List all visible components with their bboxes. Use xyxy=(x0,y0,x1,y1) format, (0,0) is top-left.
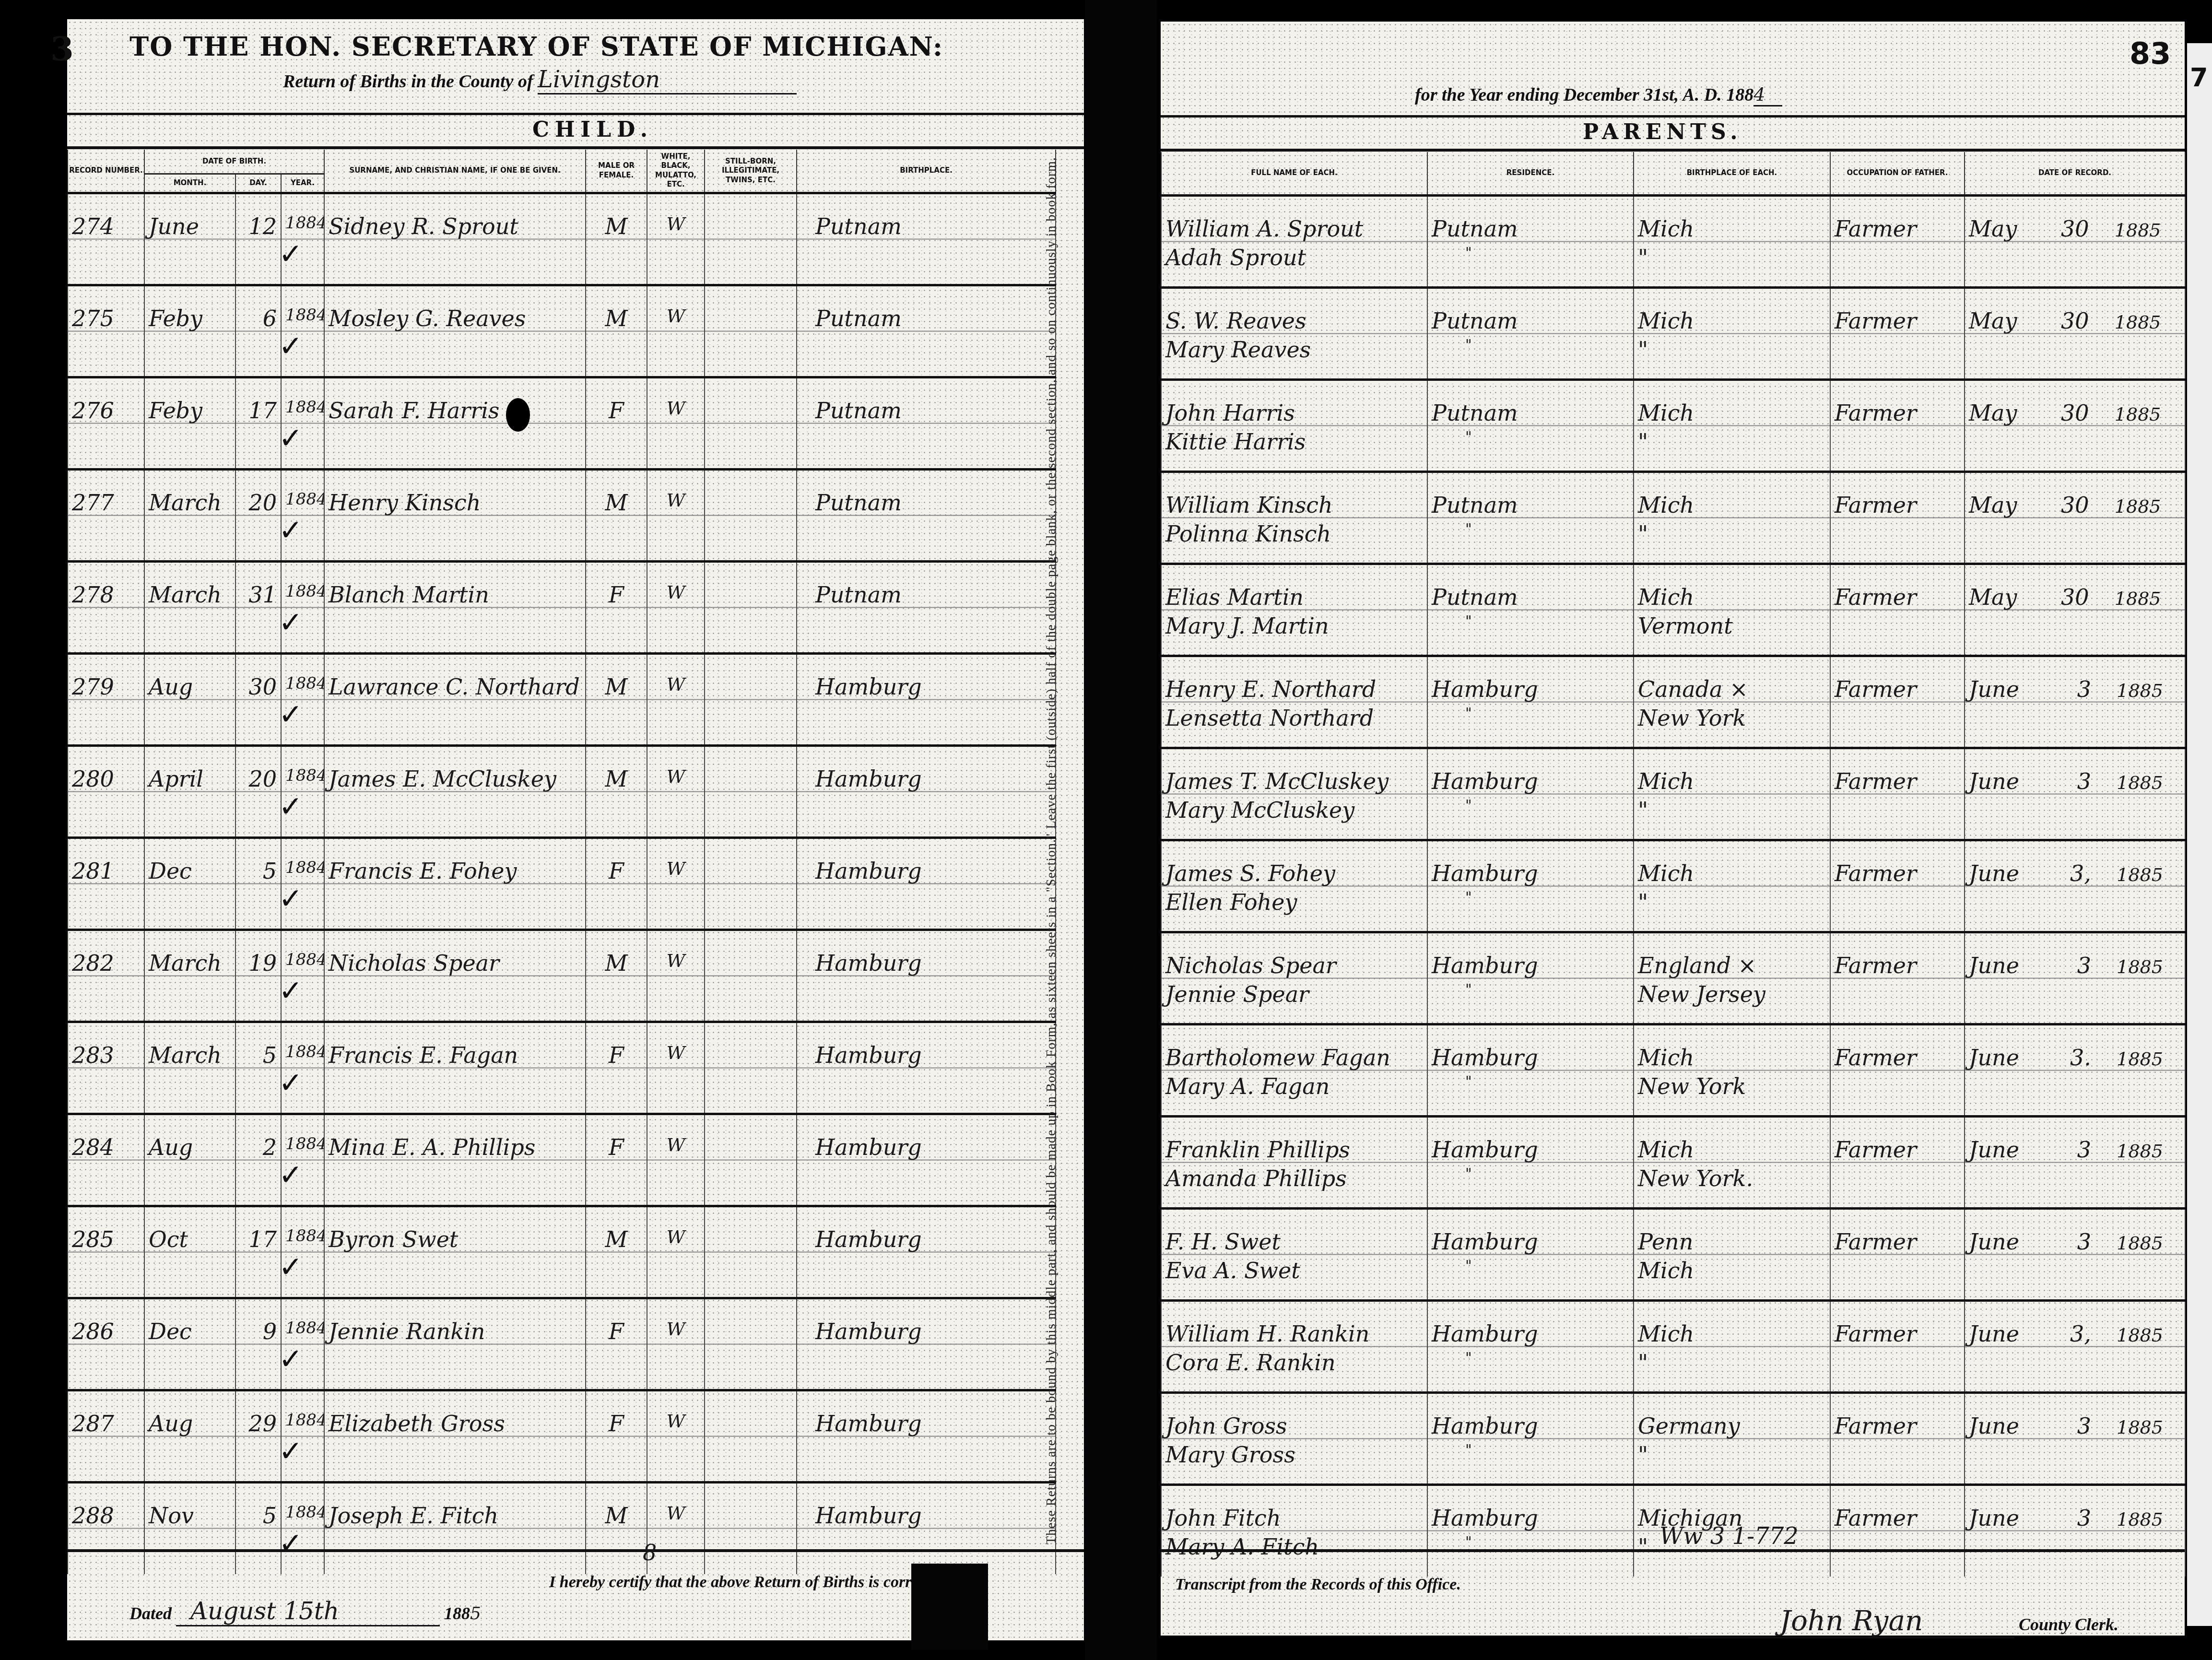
birth-day: 29 xyxy=(240,1411,277,1439)
father-occupation: Farmer xyxy=(1835,860,1960,889)
binding-gutter xyxy=(1085,0,1157,1660)
father-birthplace: Germany xyxy=(1638,1413,1826,1442)
check-mark-icon: ✓ xyxy=(281,790,303,824)
residence: Hamburg xyxy=(1432,953,1629,981)
record-month: June xyxy=(1969,1413,2019,1439)
birth-month: Feby xyxy=(149,306,231,334)
child-birthplace: Putnam xyxy=(801,398,1051,426)
father-name: James T. McCluskey xyxy=(1165,768,1423,797)
father-name: John Gross xyxy=(1165,1413,1423,1442)
child-sex: M xyxy=(590,490,643,518)
record-month: June xyxy=(1969,1229,2019,1255)
parents-record-row: William KinschPolinna KinschPutnam"Mich"… xyxy=(1161,471,2185,564)
father-occupation: Farmer xyxy=(1835,1413,1960,1442)
residence-ditto: " xyxy=(1432,429,1629,458)
father-name: John Harris xyxy=(1165,400,1423,429)
residence: Hamburg xyxy=(1432,1321,1629,1350)
record-day: 30 xyxy=(2017,492,2089,518)
child-record-row: 287Aug291884✓Elizabeth GrossFWHamburg xyxy=(68,1390,1056,1482)
birth-month: March xyxy=(149,950,231,979)
residence: Putnam xyxy=(1432,216,1629,245)
child-name: Francis E. Fohey xyxy=(329,858,581,887)
child-record-row: 279Aug301884✓Lawrance C. NorthardMWHambu… xyxy=(68,653,1056,745)
col-residence: Residence. xyxy=(1427,152,1634,195)
birth-day: 19 xyxy=(240,950,277,979)
parents-table: Full Name of Each. Residence. Birthplace… xyxy=(1161,152,2186,1577)
birth-day: 31 xyxy=(240,582,277,611)
record-year: 1885 xyxy=(2091,956,2163,977)
father-birthplace: Mich xyxy=(1638,308,1826,337)
child-birthplace: Putnam xyxy=(801,213,1051,242)
child-still-born xyxy=(709,674,792,703)
child-race: W xyxy=(651,858,700,887)
child-race: W xyxy=(651,213,700,242)
dated-line: Dated August 15th 1885 xyxy=(129,1597,481,1626)
residence-ditto: " xyxy=(1432,889,1629,918)
birth-day: 12 xyxy=(240,213,277,242)
residence-ditto: " xyxy=(1432,245,1629,273)
mother-name: Eva A. Swet xyxy=(1165,1258,1423,1286)
child-still-born xyxy=(709,306,792,334)
birth-day: 17 xyxy=(240,398,277,426)
father-name: John Fitch xyxy=(1165,1505,1423,1534)
mother-birthplace: Mich xyxy=(1638,1258,1826,1286)
mother-name: Kittie Harris xyxy=(1165,429,1423,458)
child-race: W xyxy=(651,1411,700,1439)
child-sex: M xyxy=(590,306,643,334)
record-day: 3 xyxy=(2019,1137,2091,1163)
child-record-row: 280April201884✓James E. McCluskeyMWHambu… xyxy=(68,745,1056,837)
record-number: 287 xyxy=(72,1411,140,1439)
edge-page-number: 7 xyxy=(2190,62,2208,93)
birth-month: March xyxy=(149,582,231,611)
child-name: Francis E. Fagan xyxy=(329,1042,581,1071)
residence-ditto: " xyxy=(1432,1442,1629,1471)
residence-ditto: " xyxy=(1432,521,1629,550)
record-date: May301885 xyxy=(1969,400,2181,429)
father-name: James S. Fohey xyxy=(1165,860,1423,889)
father-occupation: Farmer xyxy=(1835,1137,1960,1166)
child-birthplace: Putnam xyxy=(801,490,1051,518)
record-number: 276 xyxy=(72,398,140,426)
residence: Putnam xyxy=(1432,584,1629,613)
child-race: W xyxy=(651,1226,700,1255)
parents-record-row: F. H. SwetEva A. SwetHamburg"PennMichFar… xyxy=(1161,1208,2185,1300)
birth-day: 2 xyxy=(240,1134,277,1163)
check-mark-icon: ✓ xyxy=(281,1435,303,1468)
parents-record-row: Henry E. NorthardLensetta NorthardHambur… xyxy=(1161,656,2185,748)
residence: Putnam xyxy=(1432,400,1629,429)
gutter-note: These Returns are to be bound by this mi… xyxy=(1044,106,1059,1544)
child-name: Mina E. A. Phillips xyxy=(329,1134,581,1163)
child-name: Henry Kinsch xyxy=(329,490,581,518)
child-still-born xyxy=(709,858,792,887)
child-race: W xyxy=(651,1503,700,1531)
child-sex: F xyxy=(590,1319,643,1347)
birth-day: 30 xyxy=(240,674,277,703)
residence: Hamburg xyxy=(1432,860,1629,889)
dated-value: August 15th xyxy=(176,1597,440,1626)
child-sex: M xyxy=(590,213,643,242)
record-day: 3 xyxy=(2019,676,2091,702)
mother-name: Adah Sprout xyxy=(1165,245,1423,273)
child-race: W xyxy=(651,582,700,611)
right-page-parents: 83 for the Year ending December 31st, A.… xyxy=(1161,22,2185,1636)
child-record-row: 285Oct171884✓Byron SwetMWHamburg xyxy=(68,1206,1056,1298)
parents-record-row: S. W. ReavesMary ReavesPutnam"Mich"Farme… xyxy=(1161,287,2185,379)
child-record-row: 275Feby61884✓Mosley G. ReavesMWPutnam xyxy=(68,285,1056,377)
child-sex: M xyxy=(590,1226,643,1255)
record-day: 3. xyxy=(2019,1045,2091,1071)
father-occupation: Farmer xyxy=(1835,308,1960,337)
record-day: 30 xyxy=(2017,400,2089,426)
child-record-row: 286Dec91884✓Jennie RankinFWHamburg xyxy=(68,1298,1056,1390)
child-birthplace: Hamburg xyxy=(801,674,1051,703)
clerk-signature: John Ryan xyxy=(1688,1604,2014,1638)
father-occupation: Farmer xyxy=(1835,768,1960,797)
record-number: 284 xyxy=(72,1134,140,1163)
father-birthplace: England × xyxy=(1638,953,1826,981)
parents-record-row: John GrossMary GrossHamburg"Germany"Farm… xyxy=(1161,1392,2185,1484)
transcript-text: Transcript from the Records of this Offi… xyxy=(1175,1576,1461,1594)
child-name: Lawrance C. Northard xyxy=(329,674,581,703)
father-occupation: Farmer xyxy=(1835,953,1960,981)
child-birthplace: Hamburg xyxy=(801,858,1051,887)
child-race: W xyxy=(651,766,700,795)
year-label: for the Year ending December 31st, A. D.… xyxy=(1415,85,1753,105)
record-year: 1885 xyxy=(2089,220,2161,241)
child-record-row: 283March51884✓Francis E. FaganFWHamburg xyxy=(68,1022,1056,1114)
record-number: 288 xyxy=(72,1503,140,1531)
residence-ditto: " xyxy=(1432,613,1629,642)
record-year: 1885 xyxy=(2089,588,2161,609)
residence-ditto: " xyxy=(1432,1073,1629,1102)
parents-record-row: John HarrisKittie HarrisPutnam"Mich"Farm… xyxy=(1161,379,2185,471)
child-still-born xyxy=(709,398,792,426)
residence: Hamburg xyxy=(1432,1505,1629,1534)
col-race: White, Black, Mulatto, etc. xyxy=(647,150,705,193)
birth-month: Aug xyxy=(149,674,231,703)
father-name: Nicholas Spear xyxy=(1165,953,1423,981)
child-sex: M xyxy=(590,766,643,795)
check-mark-icon: ✓ xyxy=(281,1342,303,1376)
child-birthplace: Hamburg xyxy=(801,766,1051,795)
birth-month: Oct xyxy=(149,1226,231,1255)
child-name: Mosley G. Reaves xyxy=(329,306,581,334)
next-page-edge: 7 xyxy=(2187,43,2212,1626)
check-mark-icon: ✓ xyxy=(281,882,303,916)
residence: Hamburg xyxy=(1432,676,1629,705)
child-race: W xyxy=(651,490,700,518)
record-month: June xyxy=(1969,1505,2019,1531)
mother-birthplace: New York. xyxy=(1638,1166,1826,1194)
father-name: William Kinsch xyxy=(1165,492,1423,521)
child-still-born xyxy=(709,1503,792,1531)
child-still-born xyxy=(709,1226,792,1255)
mother-name: Lensetta Northard xyxy=(1165,705,1423,734)
mother-name: Mary McCluskey xyxy=(1165,797,1423,826)
residence: Putnam xyxy=(1432,308,1629,337)
child-birthplace: Hamburg xyxy=(801,950,1051,979)
record-date: May301885 xyxy=(1969,584,2181,613)
record-date: June31885 xyxy=(1969,768,2181,797)
mother-name: Jennie Spear xyxy=(1165,981,1423,1010)
birth-day: 6 xyxy=(240,306,277,334)
child-name: Nicholas Spear xyxy=(329,950,581,979)
dated-year-prefix: 188 xyxy=(444,1604,470,1623)
check-mark-icon: ✓ xyxy=(281,237,303,271)
check-mark-icon: ✓ xyxy=(281,1066,303,1100)
check-mark-icon: ✓ xyxy=(281,422,303,455)
child-name: Blanch Martin xyxy=(329,582,581,611)
record-month: May xyxy=(1969,308,2017,334)
record-number: 281 xyxy=(72,858,140,887)
check-mark-icon: ✓ xyxy=(281,606,303,639)
mother-birthplace: New York xyxy=(1638,1073,1826,1102)
father-birthplace: Mich xyxy=(1638,1321,1826,1350)
margin-note: 8 xyxy=(643,1540,657,1566)
record-day: 30 xyxy=(2017,584,2089,610)
residence: Hamburg xyxy=(1432,1137,1629,1166)
record-day: 3 xyxy=(2019,768,2091,794)
child-record-row: 281Dec51884✓Francis E. FoheyFWHamburg xyxy=(68,837,1056,930)
residence: Hamburg xyxy=(1432,1229,1629,1258)
child-race: W xyxy=(651,398,700,426)
mother-name: Amanda Phillips xyxy=(1165,1166,1423,1194)
child-race: W xyxy=(651,674,700,703)
record-month: June xyxy=(1969,1137,2019,1163)
section-rule xyxy=(1161,149,2185,152)
record-year: 1885 xyxy=(2089,312,2161,333)
record-year: 1885 xyxy=(2091,1509,2163,1530)
child-sex: F xyxy=(590,1042,643,1071)
child-birthplace: Hamburg xyxy=(801,1134,1051,1163)
birth-month: Nov xyxy=(149,1503,231,1531)
child-race: W xyxy=(651,1134,700,1163)
col-occupation: Occupation of Father. xyxy=(1830,152,1965,195)
mother-birthplace: " xyxy=(1638,1350,1826,1378)
child-race: W xyxy=(651,1319,700,1347)
col-month: Month. xyxy=(144,174,235,193)
record-day: 3 xyxy=(2019,1505,2091,1531)
record-date: June31885 xyxy=(1969,676,2181,705)
record-date: June3,1885 xyxy=(1969,860,2181,889)
record-year: 1885 xyxy=(2091,680,2163,701)
record-month: June xyxy=(1969,1321,2019,1347)
child-name: Elizabeth Gross xyxy=(329,1411,581,1439)
child-record-row: 284Aug21884✓Mina E. A. PhillipsFWHamburg xyxy=(68,1114,1056,1206)
birth-day: 20 xyxy=(240,490,277,518)
header-rule xyxy=(67,113,1084,115)
mother-name: Polinna Kinsch xyxy=(1165,521,1423,550)
col-birthplace: Birthplace. xyxy=(797,150,1056,193)
record-year: 1885 xyxy=(2091,1048,2163,1070)
parents-record-row: James S. FoheyEllen FoheyHamburg"Mich"Fa… xyxy=(1161,840,2185,932)
record-month: May xyxy=(1969,400,2017,426)
record-number: 278 xyxy=(72,582,140,611)
record-date: May301885 xyxy=(1969,308,2181,337)
section-title-parents: PARENTS. xyxy=(1583,120,1742,144)
footer-rule xyxy=(67,1549,1084,1552)
child-record-row: 288Nov51884✓Joseph E. FitchMWHamburg xyxy=(68,1482,1056,1574)
child-record-row: 282March191884✓Nicholas SpearMWHamburg xyxy=(68,930,1056,1022)
birth-day: 9 xyxy=(240,1319,277,1347)
father-birthplace: Mich xyxy=(1638,768,1826,797)
parents-record-row: William A. SproutAdah SproutPutnam"Mich"… xyxy=(1161,195,2185,287)
child-still-born xyxy=(709,1319,792,1347)
paper-damage xyxy=(911,1564,988,1650)
father-birthplace: Mich xyxy=(1638,584,1826,613)
child-still-born xyxy=(709,766,792,795)
father-occupation: Farmer xyxy=(1835,216,1960,245)
mother-name: Mary A. Fagan xyxy=(1165,1073,1423,1102)
child-name: Sidney R. Sprout xyxy=(329,213,581,242)
gutter-instructions: These Returns are to be bound by this mi… xyxy=(1059,106,1078,1544)
record-date: June31885 xyxy=(1969,1137,2181,1166)
birth-month: Dec xyxy=(149,1319,231,1347)
residence-ditto: " xyxy=(1432,337,1629,365)
father-name: S. W. Reaves xyxy=(1165,308,1423,337)
birth-month: April xyxy=(149,766,231,795)
child-still-born xyxy=(709,1042,792,1071)
mother-name: Ellen Fohey xyxy=(1165,889,1423,918)
child-record-row: 274June121884✓Sidney R. SproutMWPutnam xyxy=(68,193,1056,285)
child-birthplace: Hamburg xyxy=(801,1226,1051,1255)
child-still-born xyxy=(709,213,792,242)
mother-name: Cora E. Rankin xyxy=(1165,1350,1423,1378)
child-name: Jennie Rankin xyxy=(329,1319,581,1347)
record-number: 277 xyxy=(72,490,140,518)
certify-text: I hereby certify that the above Return o… xyxy=(549,1573,930,1591)
record-date: June31885 xyxy=(1969,1413,2181,1442)
record-number: 279 xyxy=(72,674,140,703)
child-birthplace: Putnam xyxy=(801,306,1051,334)
record-number: 275 xyxy=(72,306,140,334)
record-date: May301885 xyxy=(1969,492,2181,521)
year-line: for the Year ending December 31st, A. D.… xyxy=(1415,84,1782,106)
child-sex: F xyxy=(590,1134,643,1163)
child-sex: F xyxy=(590,582,643,611)
record-number: 274 xyxy=(72,213,140,242)
child-sex: F xyxy=(590,398,643,426)
father-birthplace: Canada × xyxy=(1638,676,1826,705)
record-day: 3 xyxy=(2019,953,2091,978)
record-year: 1885 xyxy=(2091,1417,2163,1438)
birth-month: March xyxy=(149,1042,231,1071)
birth-month: Aug xyxy=(149,1411,231,1439)
child-birthplace: Hamburg xyxy=(801,1411,1051,1439)
residence-ditto: " xyxy=(1432,1166,1629,1194)
mother-birthplace: " xyxy=(1638,797,1826,826)
record-number: 286 xyxy=(72,1319,140,1347)
record-year: 1885 xyxy=(2091,1141,2163,1162)
record-day: 3 xyxy=(2019,1229,2091,1255)
father-name: Elias Martin xyxy=(1165,584,1423,613)
check-mark-icon: ✓ xyxy=(281,974,303,1008)
bottom-note: Ww 3 1-772 xyxy=(1659,1523,1799,1550)
child-birthplace: Hamburg xyxy=(801,1503,1051,1531)
birth-day: 5 xyxy=(240,1042,277,1071)
record-day: 30 xyxy=(2017,308,2089,334)
record-date: June3,1885 xyxy=(1969,1321,2181,1350)
residence: Putnam xyxy=(1432,492,1629,521)
record-month: June xyxy=(1969,676,2019,702)
child-race: W xyxy=(651,306,700,334)
parents-record-row: Bartholomew FaganMary A. FaganHamburg"Mi… xyxy=(1161,1024,2185,1116)
father-birthplace: Penn xyxy=(1638,1229,1826,1258)
child-race: W xyxy=(651,950,700,979)
father-birthplace: Mich xyxy=(1638,1137,1826,1166)
dated-year-suffix: 5 xyxy=(470,1604,481,1624)
father-occupation: Farmer xyxy=(1835,1505,1960,1534)
mother-birthplace: " xyxy=(1638,889,1826,918)
record-year: 1885 xyxy=(2091,1233,2163,1254)
birth-month: Aug xyxy=(149,1134,231,1163)
child-still-born xyxy=(709,1411,792,1439)
mother-birthplace: New York xyxy=(1638,705,1826,734)
birth-month: March xyxy=(149,490,231,518)
record-number: 282 xyxy=(72,950,140,979)
record-date: June31885 xyxy=(1969,1229,2181,1258)
col-surname: Surname, and Christian name, if one be g… xyxy=(324,150,586,193)
residence: Hamburg xyxy=(1432,1413,1629,1442)
child-name: Byron Swet xyxy=(329,1226,581,1255)
record-year: 1885 xyxy=(2091,772,2163,793)
birth-month: Feby xyxy=(149,398,231,426)
father-occupation: Farmer xyxy=(1835,1229,1960,1258)
birth-day: 5 xyxy=(240,1503,277,1531)
col-day: Day. xyxy=(235,174,281,193)
record-number: 285 xyxy=(72,1226,140,1255)
child-record-row: 278March311884✓Blanch MartinFWPutnam xyxy=(68,561,1056,653)
mother-birthplace: " xyxy=(1638,521,1826,550)
child-still-born xyxy=(709,950,792,979)
birth-day: 17 xyxy=(240,1226,277,1255)
child-name: James E. McCluskey xyxy=(329,766,581,795)
check-mark-icon: ✓ xyxy=(281,698,303,731)
birth-month: June xyxy=(149,213,231,242)
corner-mark: 3 xyxy=(50,29,75,69)
record-month: June xyxy=(1969,953,2019,978)
form-header-title: TO THE HON. SECRETARY OF STATE OF MICHIG… xyxy=(129,31,943,62)
residence-ditto: " xyxy=(1432,1534,1629,1563)
father-birthplace: Mich xyxy=(1638,400,1826,429)
record-month: May xyxy=(1969,216,2017,242)
year-value: 4 xyxy=(1753,84,1782,106)
section-rule xyxy=(67,146,1084,149)
ink-blot xyxy=(506,398,530,432)
father-occupation: Farmer xyxy=(1835,492,1960,521)
child-race: W xyxy=(651,1042,700,1071)
child-sex: F xyxy=(590,1411,643,1439)
mother-birthplace: New Jersey xyxy=(1638,981,1826,1010)
father-name: Henry E. Northard xyxy=(1165,676,1423,705)
child-birthplace: Putnam xyxy=(801,582,1051,611)
child-table: Record Number. Date of Birth. Surname, a… xyxy=(67,150,1056,1574)
father-occupation: Farmer xyxy=(1835,1321,1960,1350)
county-label: Return of Births in the County of xyxy=(283,71,533,92)
record-month: June xyxy=(1969,860,2019,886)
father-birthplace: Mich xyxy=(1638,1045,1826,1073)
record-day: 3, xyxy=(2019,1321,2091,1347)
child-sex: M xyxy=(590,950,643,979)
residence-ditto: " xyxy=(1432,1258,1629,1286)
father-name: Franklin Phillips xyxy=(1165,1137,1423,1166)
record-month: May xyxy=(1969,492,2017,518)
child-birthplace: Hamburg xyxy=(801,1042,1051,1071)
check-mark-icon: ✓ xyxy=(281,1158,303,1192)
mother-name: Mary A. Fitch xyxy=(1165,1534,1423,1563)
